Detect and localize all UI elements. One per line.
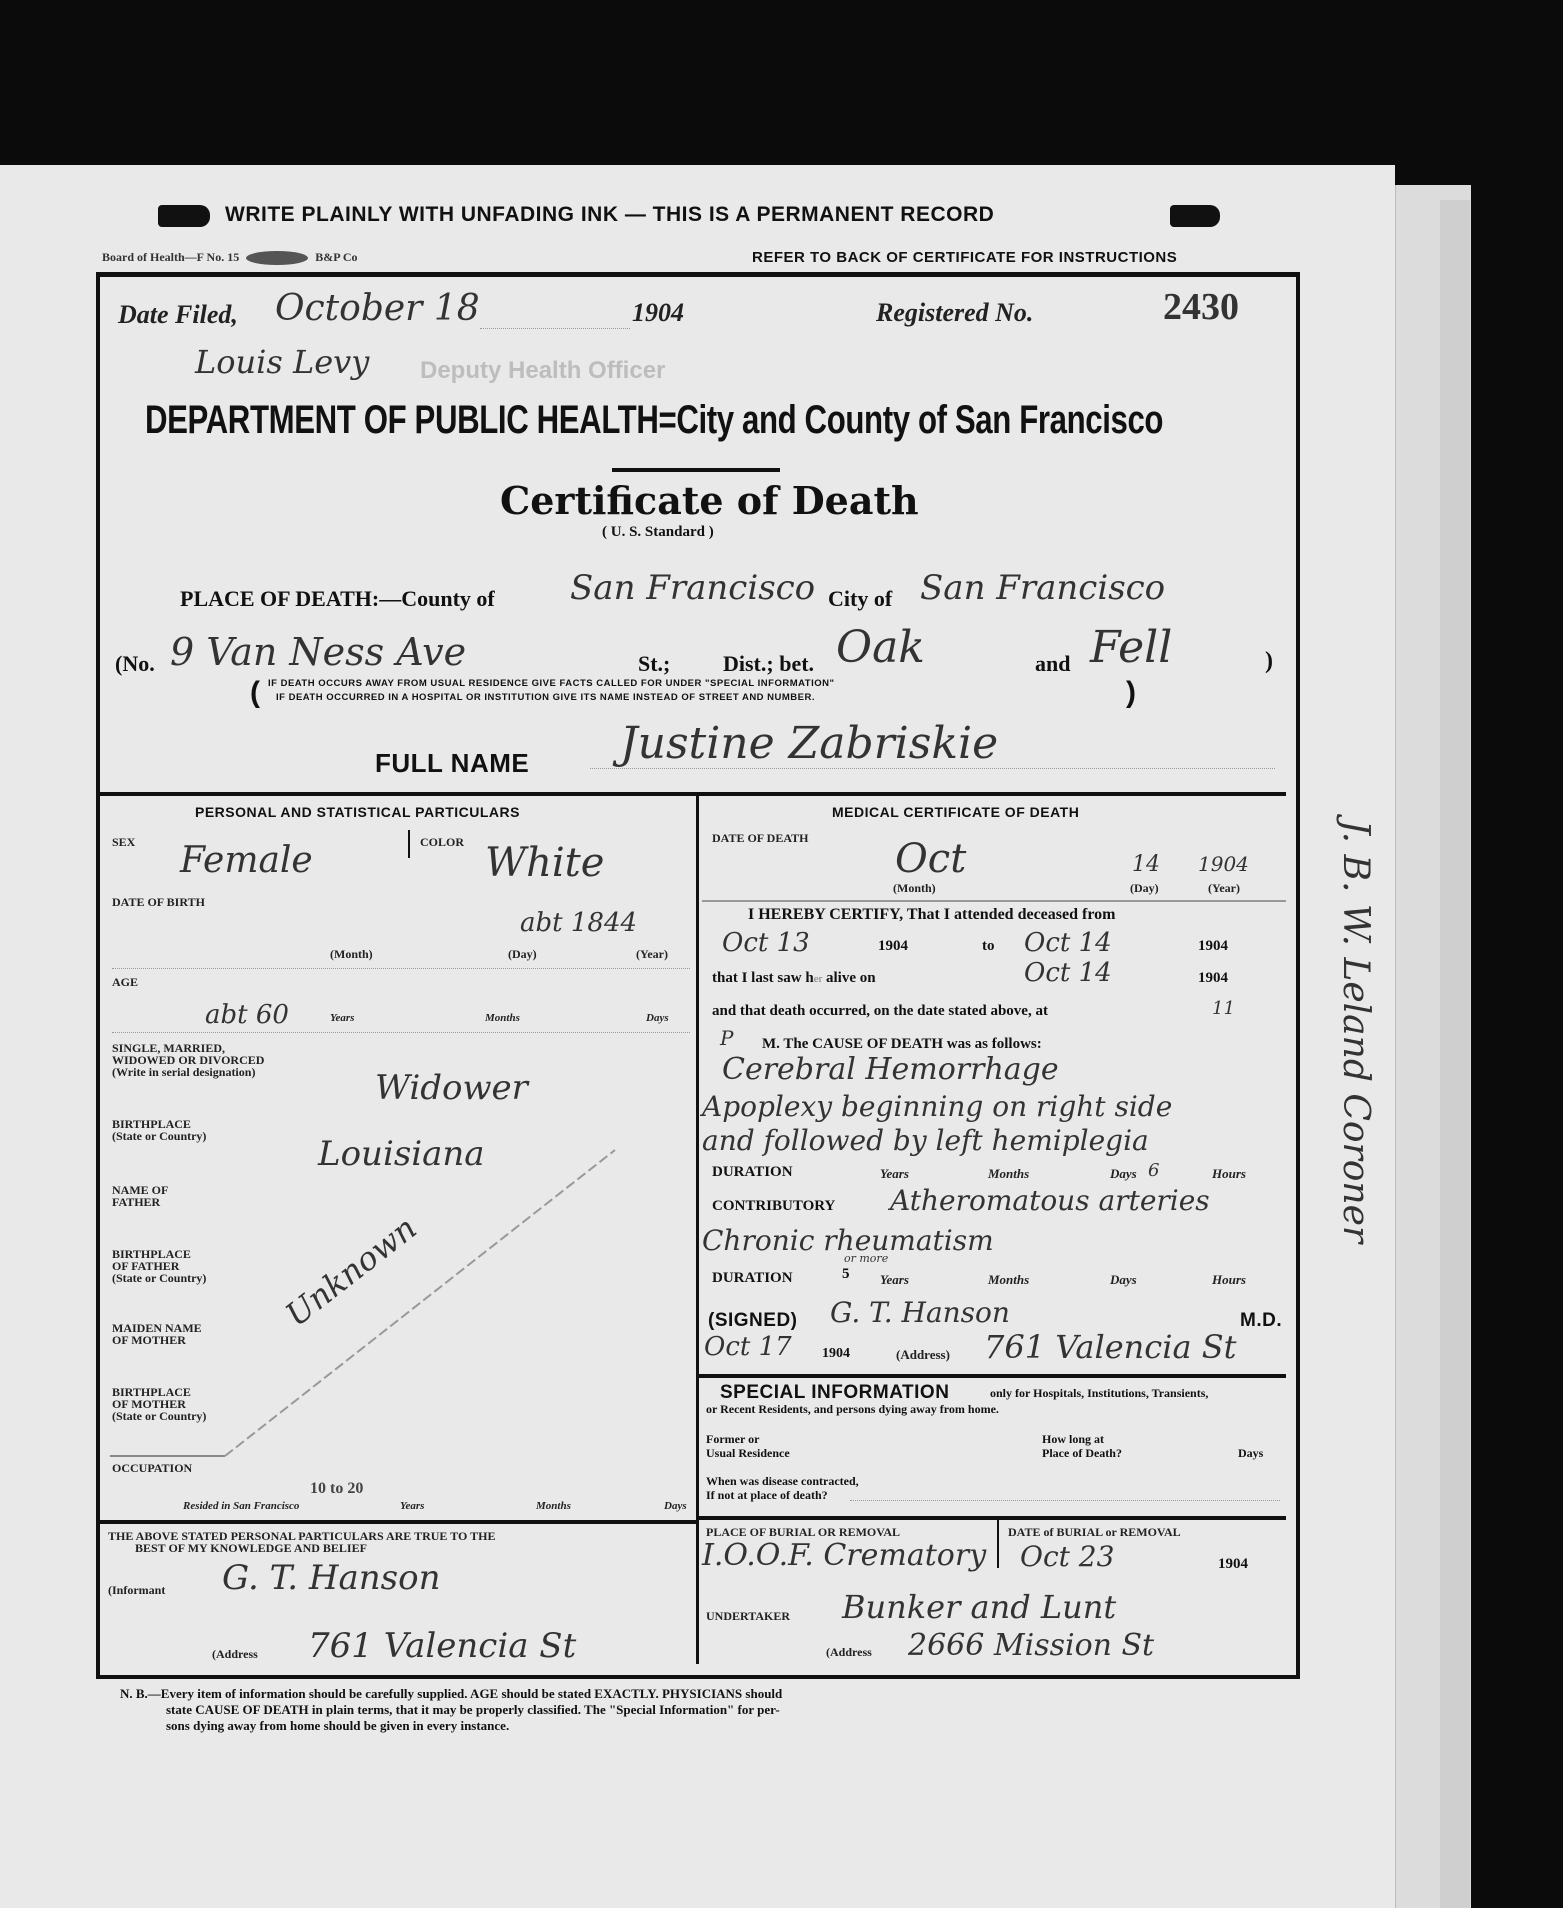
informant-label: (Informant xyxy=(108,1584,165,1597)
last-saw-date: Oct 14 xyxy=(1024,958,1112,988)
death-occurred-text: and that death occurred, on the date sta… xyxy=(712,1003,1048,1020)
informant-address-label: (Address xyxy=(212,1648,258,1661)
burial-year: 1904 xyxy=(1218,1556,1248,1573)
color-value: White xyxy=(485,840,604,886)
dob-label: DATE OF BIRTH xyxy=(112,896,205,909)
contributory-years-label: Years xyxy=(880,1272,909,1288)
undertaker-address: 2666 Mission St xyxy=(908,1628,1154,1663)
alive-on-text: alive on xyxy=(826,970,876,986)
footnote-line-3: sons dying away from home should be give… xyxy=(166,1718,509,1734)
paren-close: ) xyxy=(1126,676,1136,710)
resided-label: Resided in San Francisco xyxy=(183,1500,299,1512)
full-name-label: FULL NAME xyxy=(375,748,529,779)
special-info-heading: SPECIAL INFORMATION xyxy=(720,1382,949,1404)
death-year-label: (Year) xyxy=(1208,882,1240,895)
cross-street-1: Oak xyxy=(836,622,925,673)
dob-day-label: (Day) xyxy=(508,948,537,961)
officer-title: Deputy Health Officer xyxy=(420,357,665,385)
attended-from-year: 1904 xyxy=(878,938,908,955)
and-label: and xyxy=(1035,651,1070,677)
death-year: 1904 xyxy=(1198,852,1249,876)
death-county: San Francisco xyxy=(570,568,815,608)
last-saw-text: that I last saw h xyxy=(712,970,814,986)
duration-months-label: Months xyxy=(988,1166,1029,1182)
pointing-hand-right-icon xyxy=(1170,205,1220,227)
special-info-note-2: or Recent Residents, and persons dying a… xyxy=(706,1402,999,1417)
death-month-label: (Month) xyxy=(893,882,936,895)
officer-signature: Louis Levy xyxy=(195,343,369,381)
contributory-label: CONTRIBUTORY xyxy=(712,1198,835,1215)
death-street: 9 Van Ness Ave xyxy=(170,630,466,674)
former-residence-label-2: Usual Residence xyxy=(706,1446,790,1461)
paren-open: ( xyxy=(250,676,260,710)
date-filed-value: October 18 xyxy=(275,288,480,329)
contributory-duration-label: DURATION xyxy=(712,1270,793,1287)
cause-line-2: Apoplexy beginning on right side xyxy=(702,1090,1172,1123)
informant-address: 761 Valencia St xyxy=(308,1626,576,1666)
signed-label: (SIGNED) xyxy=(708,1310,798,1332)
informant-name: G. T. Hanson xyxy=(222,1558,441,1598)
how-long-days-label: Days xyxy=(1238,1446,1263,1461)
footnote-line-1: N. B.—Every item of information should b… xyxy=(120,1686,782,1702)
former-residence-label-1: Former or xyxy=(706,1432,759,1447)
age-days-label: Days xyxy=(646,1012,669,1024)
full-name-value: Justine Zabriskie xyxy=(620,718,998,769)
footnote-line-2: state CAUSE OF DEATH in plain terms, tha… xyxy=(166,1702,780,1718)
to-label: to xyxy=(982,938,995,955)
form-id: Board of Health—F No. 15 B&P Co xyxy=(102,250,358,265)
how-long-label-2: Place of Death? xyxy=(1042,1446,1122,1461)
certify-statement: I HEREBY CERTIFY, That I attended deceas… xyxy=(748,906,1115,924)
residence-note-2: IF DEATH OCCURRED IN A HOSPITAL OR INSTI… xyxy=(276,692,815,703)
duration-days-label: Days xyxy=(1110,1166,1137,1182)
contributory-hours-label: Hours xyxy=(1212,1272,1246,1288)
coroner-margin-note: J. B. W. Leland Coroner xyxy=(1335,820,1376,1243)
personal-heading: PERSONAL AND STATISTICAL PARTICULARS xyxy=(195,804,520,820)
paper-edge-shadow xyxy=(1440,200,1470,1908)
street-number-label: (No. xyxy=(115,651,155,677)
age-years-label: Years xyxy=(330,1012,354,1024)
contracted-label-2: If not at place of death? xyxy=(706,1488,828,1503)
district-between-label: Dist.; bet. xyxy=(723,651,814,677)
death-city: San Francisco xyxy=(920,568,1165,608)
attended-to-year: 1904 xyxy=(1198,938,1228,955)
department-title: DEPARTMENT OF PUBLIC HEALTH=City and Cou… xyxy=(145,398,1163,443)
contracted-label-1: When was disease contracted, xyxy=(706,1474,859,1489)
md-label: M.D. xyxy=(1240,1310,1282,1332)
physician-address-label: (Address) xyxy=(896,1348,950,1361)
medical-heading: MEDICAL CERTIFICATE OF DEATH xyxy=(832,804,1079,820)
printer-name: B&P Co xyxy=(315,250,357,264)
age-value: abt 60 xyxy=(205,1000,289,1030)
cause-intro: M. The CAUSE OF DEATH was as follows: xyxy=(762,1036,1042,1053)
signed-date: Oct 17 xyxy=(704,1332,792,1362)
contributory-months-label: Months xyxy=(988,1272,1029,1288)
pointing-hand-left-icon xyxy=(158,205,210,227)
physician-signature: G. T. Hanson xyxy=(830,1296,1010,1329)
form-number: Board of Health—F No. 15 xyxy=(102,250,239,264)
date-filed-label: Date Filed, xyxy=(118,300,238,330)
resided-days-label: Days xyxy=(664,1500,687,1512)
contributory-cause-1: Atheromatous arteries xyxy=(890,1184,1210,1217)
dob-month-label: (Month) xyxy=(330,948,373,961)
duration-years-label: Years xyxy=(880,1166,909,1182)
last-saw-pronoun: er xyxy=(814,973,823,985)
occupation-label: OCCUPATION xyxy=(112,1462,192,1475)
resided-years-label: Years xyxy=(400,1500,424,1512)
cause-line-1: Cerebral Hemorrhage xyxy=(722,1052,1059,1087)
signed-year: 1904 xyxy=(822,1346,850,1362)
contributory-days-label: Days xyxy=(1110,1272,1137,1288)
registered-number: 2430 xyxy=(1163,285,1239,329)
resided-months-label: Months xyxy=(536,1500,571,1512)
union-label-icon xyxy=(246,251,308,265)
unknown-strike-line xyxy=(110,1110,690,1470)
burial-date: Oct 23 xyxy=(1020,1540,1114,1573)
sex-value: Female xyxy=(180,840,313,881)
age-months-label: Months xyxy=(485,1012,520,1024)
special-info-note-1: only for Hospitals, Institutions, Transi… xyxy=(990,1386,1208,1401)
death-time: 11 xyxy=(1212,998,1235,1019)
undertaker-name: Bunker and Lunt xyxy=(842,1588,1116,1626)
duration-label: DURATION xyxy=(712,1164,793,1181)
undertaker-label: UNDERTAKER xyxy=(706,1610,790,1623)
informant-statement-2: BEST OF MY KNOWLEDGE AND BELIEF xyxy=(135,1542,367,1555)
cross-street-2: Fell xyxy=(1090,622,1172,673)
how-long-label-1: How long at xyxy=(1042,1432,1104,1447)
dob-value: abt 1844 xyxy=(520,908,637,938)
certificate-subtitle: ( U. S. Standard ) xyxy=(602,524,714,541)
cause-line-3: and followed by left hemiplegia xyxy=(702,1124,1149,1157)
burial-place: I.O.O.F. Crematory xyxy=(702,1538,986,1573)
duration-value: 6 xyxy=(1148,1160,1159,1181)
city-of-label: City of xyxy=(828,586,892,612)
instructions-note: REFER TO BACK OF CERTIFICATE FOR INSTRUC… xyxy=(752,249,1177,266)
attended-from-date: Oct 13 xyxy=(722,928,810,958)
filed-year: 1904 xyxy=(632,298,684,328)
color-label: COLOR xyxy=(420,836,464,849)
registered-label: Registered No. xyxy=(876,298,1033,328)
street-label: St.; xyxy=(638,651,670,677)
last-saw-label: that I last saw her alive on xyxy=(712,970,876,987)
marital-label-3: (Write in serial designation) xyxy=(112,1066,255,1079)
resided-value: 10 to 20 xyxy=(310,1480,363,1498)
contributory-duration-note: or more xyxy=(844,1252,888,1265)
contributory-duration-value: 5 xyxy=(842,1266,850,1283)
attended-to-date: Oct 14 xyxy=(1024,928,1112,958)
burial-date-label: DATE of BURIAL or REMOVAL xyxy=(1008,1526,1181,1539)
banner-text: WRITE PLAINLY WITH UNFADING INK — THIS I… xyxy=(225,203,994,227)
physician-address: 761 Valencia St xyxy=(984,1328,1236,1366)
marital-status: Widower xyxy=(375,1068,528,1108)
close-paren: ) xyxy=(1265,648,1273,675)
certificate-title: Certificate of Death xyxy=(500,478,919,523)
residence-note-1: IF DEATH OCCURS AWAY FROM USUAL RESIDENC… xyxy=(268,678,834,689)
age-label: AGE xyxy=(112,976,138,989)
undertaker-address-label: (Address xyxy=(826,1646,872,1659)
last-saw-year: 1904 xyxy=(1198,970,1228,987)
dob-year-label: (Year) xyxy=(636,948,668,961)
death-day: 14 xyxy=(1132,852,1160,877)
place-of-death-label: PLACE OF DEATH:—County of xyxy=(180,586,495,612)
duration-hours-label: Hours xyxy=(1212,1166,1246,1182)
death-day-label: (Day) xyxy=(1130,882,1159,895)
sex-label: SEX xyxy=(112,836,135,849)
death-ampm: P xyxy=(720,1026,733,1050)
death-month: Oct xyxy=(895,836,966,882)
date-of-death-label: DATE OF DEATH xyxy=(712,832,808,845)
